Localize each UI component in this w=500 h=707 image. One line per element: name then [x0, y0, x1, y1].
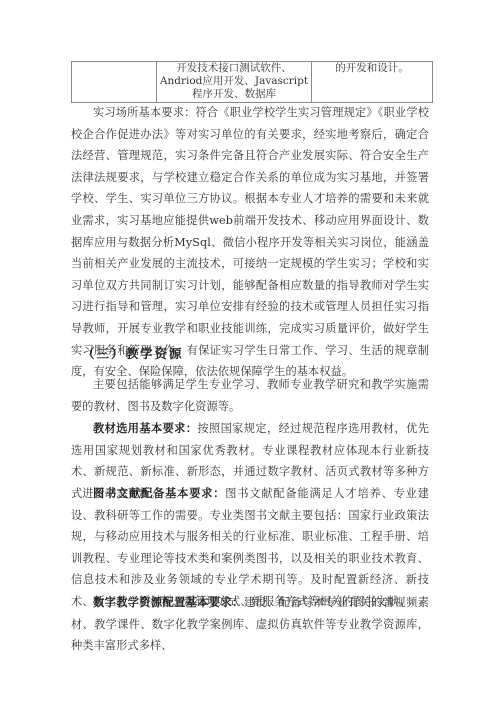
textbook-label: 教材选用基本要求：: [93, 421, 197, 435]
document-page: 开发技术接口测试软件、Andriod应用开发、Javascript程序开发、数据…: [0, 0, 500, 707]
table-cell-content: 开发技术接口测试软件、Andriod应用开发、Javascript程序开发、数据…: [157, 62, 312, 103]
paragraph-digital-resources: 数字教学资源配置基本要求：建设、配备与本专业有关的音视频素材、教学课件、数字化教…: [71, 592, 429, 657]
library-label: 图书文献配备基本要求：: [93, 486, 225, 500]
digital-label: 数字教学资源配置基本要求：: [93, 595, 244, 609]
table-cell-goal: 的开发和设计。: [312, 62, 433, 103]
table-row: 开发技术接口测试软件、Andriod应用开发、Javascript程序开发、数据…: [72, 62, 433, 103]
library-text: 图书文献配备能满足人才培养、专业建设、教科研等工作的需要。专业类图书文献主要包括…: [71, 487, 429, 608]
paragraph-internship-site: 实习场所基本要求：符合《职业学校学生实习管理规定》《职业学校校企合作促进办法》等…: [71, 102, 429, 383]
paragraph-resources-intro: 主要包括能够满足学生专业学习、教师专业教学研究和教学实施需要的教材、图书及数字化…: [71, 374, 429, 417]
course-table: 开发技术接口测试软件、Andriod应用开发、Javascript程序开发、数据…: [71, 61, 433, 103]
table-cell-course: [72, 62, 157, 103]
section-heading-teaching-resources: （三）教学资源: [82, 344, 184, 362]
